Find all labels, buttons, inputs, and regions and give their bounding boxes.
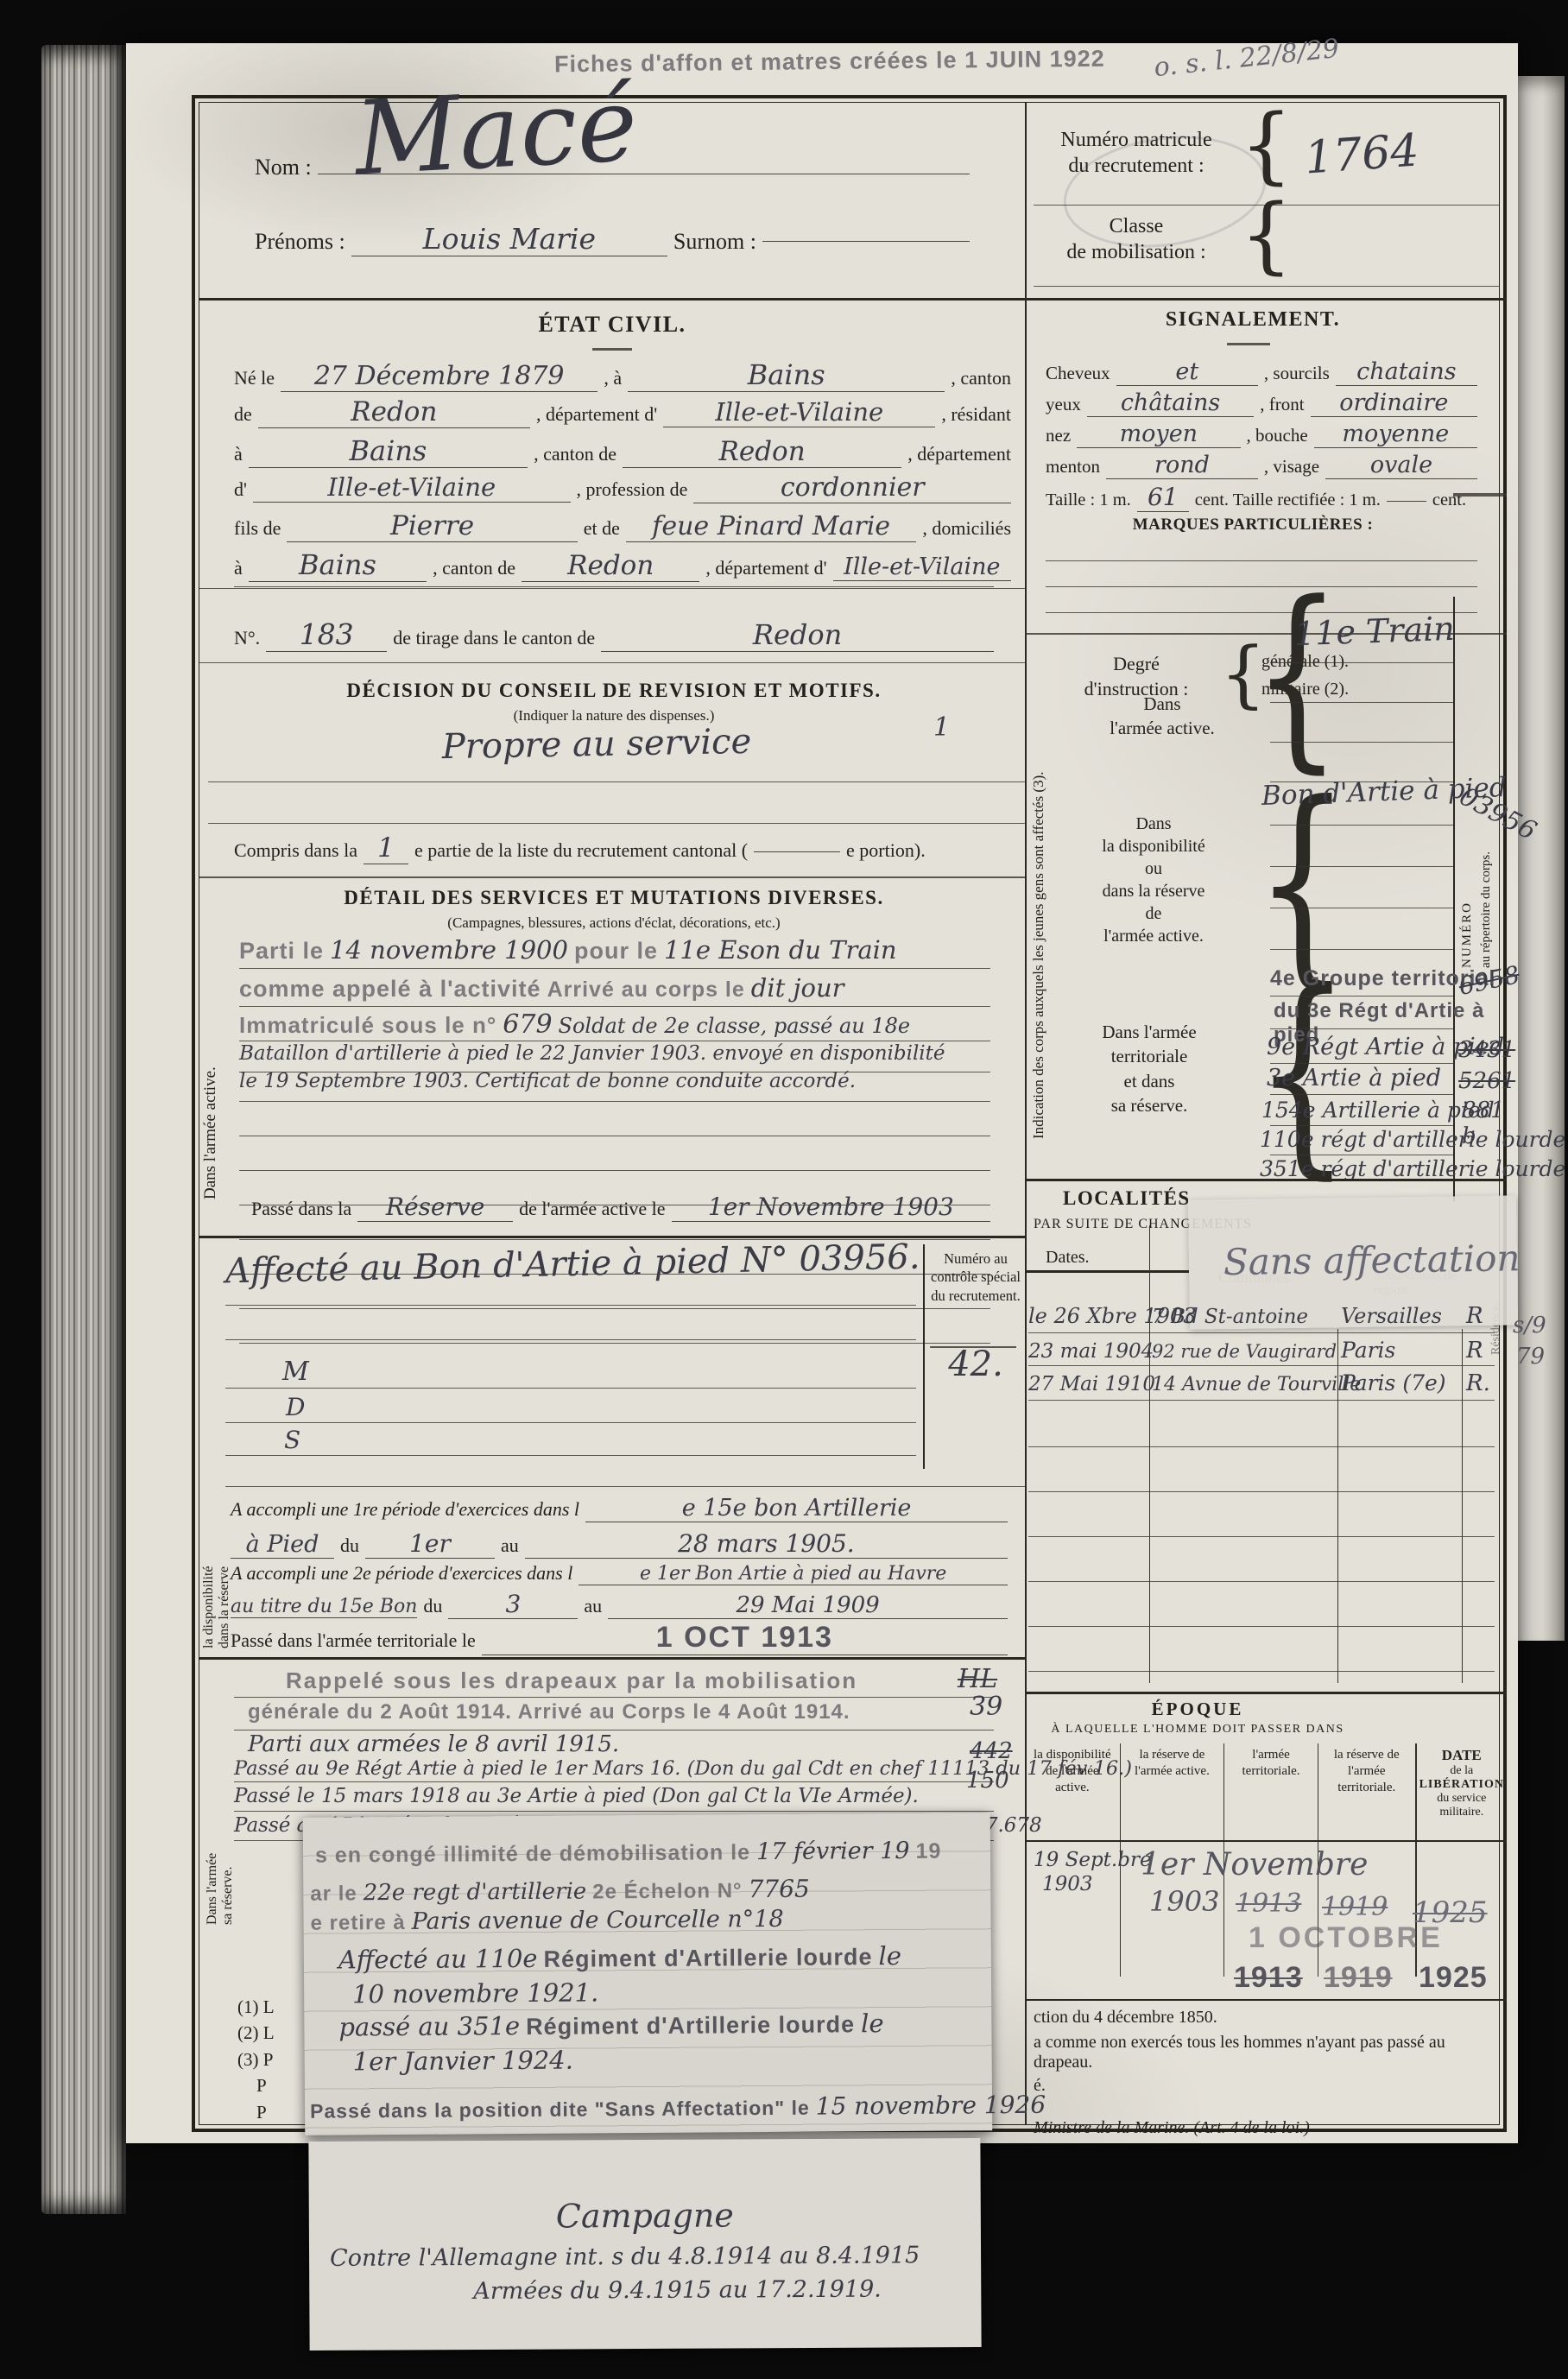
periode2-row: A accompli une 2e période d'exercices da… [231, 1562, 1008, 1585]
periode2-label: A accompli une 2e période d'exercices da… [231, 1562, 572, 1585]
book-page-edges [41, 45, 126, 2214]
dispo-label-4: dans la réserve [1072, 880, 1236, 902]
epoque-subtitle: À LAQUELLE L'HOMME DOIT PASSER DANS [1025, 1723, 1370, 1737]
localite-2-res: R [1466, 1338, 1483, 1363]
terr-label-1: Dans l'armée [1063, 1020, 1236, 1044]
sans-affectation-text: Sans affectation [1223, 1237, 1518, 1283]
territoriale-label: Passé dans l'armée territoriale le [231, 1629, 476, 1652]
reserve-date-value: 1er Novembre 1903 [672, 1193, 990, 1222]
periode2-dates-row: au titre du 15e Bon du 3 au 29 Mai 1909 [231, 1590, 1008, 1619]
nez-value: moyen [1077, 421, 1240, 448]
ink-annotation-top-right: o. s. l. 22/8/29 [1153, 34, 1341, 83]
epoque-v1-line1: 19 Sept.bre [1034, 1849, 1152, 1873]
campagne-line-1: Contre l'Allemagne int. s du 4.8.1914 au… [330, 2242, 981, 2272]
sans-affectation-date-value: 15 novembre 1926 [816, 2091, 1046, 2121]
prenoms-value: Louis Marie [351, 222, 667, 256]
residence-commune-value: Bains [249, 434, 528, 468]
par-le-label: ar le [310, 1882, 357, 1906]
departement3-label: , département d' [705, 557, 826, 579]
corps-terr-row2-num: 3431 [1458, 1037, 1515, 1063]
reserve-value: Réserve [357, 1193, 513, 1222]
periode2-titre-value: au titre du 15e Bon [231, 1596, 417, 1618]
departement-label: , département d' [536, 403, 657, 426]
epoque-v2-month: 1er Novembre [1141, 1847, 1368, 1882]
m-abbrev: M [282, 1357, 309, 1387]
footnote-2: (2) L [237, 2020, 275, 2046]
epoque-v4-stamp-crossed: 1919 [1324, 1961, 1393, 1995]
father-name-value: Pierre [287, 510, 577, 542]
periode2-du-label: du [423, 1595, 442, 1617]
legal-footer-l4: Ministre de la Marine. (Art. 4 de la loi… [1034, 2118, 1500, 2138]
visage-label: , visage [1264, 456, 1319, 478]
generale-stamp: générale du 2 Août 1914. Arrivé au Corps… [248, 1700, 850, 1724]
margin-label-disponibilite: la disponibilité [201, 1251, 217, 1648]
marques-title: MARQUES PARTICULIÈRES : [1054, 516, 1451, 535]
campagne-line-2: Armées du 9.4.1915 au 17.2.1919. [473, 2275, 981, 2305]
tirage-canton-value: Redon [601, 618, 994, 652]
taille-rectifiee-label: cent. Taille rectifiée : 1 m. [1195, 490, 1381, 510]
page-stack-right-edge [1516, 76, 1565, 1641]
a2-label: à [234, 443, 243, 465]
epoque-col4-label: la réserve de l'armée territoriale. [1321, 1747, 1413, 1795]
matricule-value: 1764 [1303, 124, 1420, 184]
demob-date-value: 17 février 19 [756, 1838, 910, 1865]
decision-title: DÉCISION DU CONSEIL DE REVISION ET MOTIF… [234, 680, 994, 702]
tirage-row: N°. 183 de tirage dans le canton de Redo… [234, 617, 994, 652]
birth-commune-value: Bains [628, 358, 945, 392]
localite-3-commune: 14 Avnue de Tourville [1152, 1374, 1335, 1395]
profession-label: , profession de [577, 478, 688, 501]
taille-value: 61 [1137, 483, 1189, 512]
domicilies-label: , domiciliés [922, 517, 1011, 540]
localites-vline-1 [1149, 1225, 1150, 1683]
conge-illimite-stamp: s en congé illimité de démobilisation le [315, 1840, 750, 1869]
birth-date-value: 27 Décembre 1879 [281, 361, 597, 392]
margin-label-armee-active: Dans l'armée active. [201, 837, 220, 1199]
arrive-corps-stamp: Arrivé au corps le [547, 978, 745, 1003]
localites-col-dates: Dates. [1046, 1248, 1090, 1268]
epoque-date-label-1: DATE [1419, 1747, 1504, 1764]
localite-3-res: R. [1466, 1370, 1490, 1396]
signalement-title: SIGNALEMENT. [1054, 308, 1451, 332]
epoque-bottom-rule [1025, 1999, 1507, 2001]
compris-pre-label: Compris dans la [234, 839, 357, 862]
epoque-v1: 19 Sept.bre 1903 [1034, 1849, 1152, 1896]
surnom-line [762, 222, 970, 242]
legal-footer: ction du 4 décembre 1850. a comme non ex… [1034, 2008, 1500, 2138]
sourcils-label: , sourcils [1264, 363, 1330, 384]
margin-label-territoriale: Dans l'armée [205, 1666, 220, 1925]
periode1-du-label: du [340, 1534, 359, 1557]
echelon-number-value: 7765 [748, 1875, 809, 1903]
localite-2-date: 23 mai 1904 [1028, 1340, 1146, 1363]
depart-date-value: 14 novembre 1900 [330, 935, 568, 965]
footnote-3: (3) P [237, 2047, 275, 2072]
sans-affectation-position-stamp: Passé dans la position dite "Sans Affect… [310, 2097, 810, 2123]
parti-le-stamp: Parti le [239, 938, 324, 965]
nez-label: nez [1046, 425, 1071, 446]
armee-active-le-label: de l'armée active le [519, 1198, 665, 1220]
demob-date-year-print: 19 [915, 1839, 941, 1864]
periode1-row: A accompli une 1re période d'exercices d… [231, 1495, 1008, 1522]
menton-value: rond [1106, 452, 1258, 479]
localites-row-1: le 26 Xbre 1903 7 Bd St-antoine Versaill… [1028, 1303, 1503, 1329]
epoque-v2-year: 1903 [1149, 1885, 1219, 1918]
epoque-date-label-2: de la [1419, 1764, 1504, 1778]
bouche-label: , bouche [1247, 425, 1308, 446]
le-hw-1: le [878, 1941, 901, 1971]
fils-de-label: fils de [234, 517, 281, 540]
se-retire-label: e retire à [310, 1911, 405, 1936]
birth-departement-value: Ille-et-Vilaine [663, 397, 935, 427]
periode2-from-value: 3 [448, 1590, 578, 1619]
residence-departement-value: Ille-et-Vilaine [253, 472, 571, 503]
yeux-value: châtains [1087, 389, 1254, 417]
matricule-corps-value: 679 [503, 1009, 552, 1040]
echelon-label: 2e Échelon N° [592, 1879, 743, 1904]
epoque-separator [1025, 1692, 1507, 1694]
numero-tirage-label: N°. [234, 627, 260, 649]
surnom-label: Surnom : [673, 229, 756, 255]
demobilisation-slip: s en congé illimité de démobilisation le… [303, 1813, 993, 2135]
corps-terr-row5: 110e régt d'artillerie lourde [1260, 1127, 1565, 1152]
localite-1-res: R [1466, 1303, 1483, 1329]
canton-label: , canton [951, 367, 1011, 389]
visage-value: ovale [1325, 452, 1477, 479]
localites-separator [1025, 1179, 1507, 1181]
margin-number-442-crossed: 442 [970, 1738, 1013, 1764]
surname-script: Macé [352, 65, 641, 199]
residant-label: , résidant [941, 403, 1011, 426]
services-title: DÉTAIL DES SERVICES ET MUTATIONS DIVERSE… [234, 887, 994, 909]
ne-le-label: Né le [234, 367, 275, 389]
a-label: , à [604, 367, 622, 389]
regiment-lourde-stamp-2: Régiment d'Artillerie lourde [526, 2011, 855, 2040]
localites-row-3: 27 Mai 1910 14 Avnue de Tourville Paris … [1028, 1370, 1503, 1396]
decision-margin-note: 1 [933, 712, 950, 743]
header-separator [199, 298, 1507, 301]
terr-label-3: et dans [1063, 1069, 1236, 1093]
epoque-date-label-4: du service [1419, 1792, 1504, 1806]
profession-value: cordonnier [693, 472, 1011, 503]
matricule-label-line1: Numéro matricule [1037, 127, 1236, 153]
epoque-col3-label: l'armée territoriale. [1227, 1747, 1315, 1780]
footnote-4: P [237, 2072, 275, 2098]
passe-dans-la-label: Passé dans la [251, 1198, 351, 1220]
dit-jour-value: dit jour [751, 973, 844, 1003]
epoque-date-label-3: LIBÉRATION [1419, 1778, 1504, 1792]
dispo-label-2: la disponibilité [1072, 835, 1236, 857]
legal-footer-l1: ction du 4 décembre 1850. [1034, 2008, 1500, 2028]
cheveux-row: Cheveux et , sourcils chatains [1046, 358, 1477, 386]
periode2-au-label: au [584, 1595, 602, 1617]
periode1-corps2-value: à Pied [231, 1531, 334, 1559]
creation-date-stamp: Fiches d'affon et matres créées le 1 JUI… [554, 46, 1105, 79]
margin-number-39: 39 [970, 1692, 1002, 1722]
compris-row: Compris dans la 1 e partie de la liste d… [234, 832, 994, 864]
etat-civil-row-6: à Bains , canton de Redon , département … [234, 548, 1011, 582]
campagne-title: Campagne [309, 2195, 981, 2237]
epoque-v5-stamp: 1925 [1419, 1961, 1488, 1995]
classe-brace: { [1240, 198, 1293, 272]
services-line-5: le 19 Septembre 1903. Certificat de bonn… [239, 1070, 999, 1092]
territoriale-corps-label: Dans l'armée territoriale et dans sa rés… [1063, 1020, 1236, 1117]
armee-active-label: Dans l'armée active. [1097, 692, 1227, 741]
yeux-label: yeux [1046, 394, 1081, 415]
epoque-v4-hw-crossed: 1919 [1322, 1892, 1388, 1922]
compris-suf-label: e portion). [846, 839, 926, 862]
terr-label-2: territoriale [1063, 1044, 1236, 1068]
controle-special-label: Numéro au contrôle spécial du recrutemen… [925, 1244, 1027, 1310]
immatricule-stamp: Immatriculé sous le n° [239, 1012, 496, 1039]
section-separator-mobilisation [199, 1657, 1025, 1660]
hl-initials: HL [958, 1664, 997, 1694]
mobilisation-h2: générale du 2 Août 1914. Arrivé au Corps… [248, 1700, 850, 1724]
nez-row: nez moyen , bouche moyenne [1046, 421, 1477, 448]
classe-label-line2: de mobilisation : [1037, 239, 1236, 265]
disponibilite-label: Dans la disponibilité ou dans la réserve… [1072, 813, 1236, 947]
etat-civil-row-4: d' Ille-et-Vilaine , profession de cordo… [234, 472, 1011, 503]
birth-canton-value: Redon [258, 396, 530, 428]
legal-footer-l3: é. [1034, 2076, 1500, 2096]
epoque-date-label-5: militaire. [1419, 1806, 1504, 1819]
mother-name-value: feue Pinard Marie [626, 511, 916, 542]
menton-row: menton rond , visage ovale [1046, 452, 1477, 479]
localites-header-rule [1025, 1270, 1189, 1273]
periode2-to-value: 29 Mai 1909 [608, 1592, 1008, 1619]
corps-terr-row3-num: 5261 [1458, 1068, 1515, 1094]
domicile-canton-value: Redon [522, 550, 699, 582]
periode1-au-label: au [501, 1534, 519, 1557]
services-line-2: comme appelé à l'activité Arrivé au corp… [239, 973, 999, 1003]
cheveux-label: Cheveux [1046, 363, 1110, 384]
armee-active-label-1: Dans [1097, 692, 1227, 716]
corps-depart-value: 11e Eson du Train [664, 935, 897, 965]
demob-regiment-value: 22e regt d'artillerie [364, 1878, 587, 1906]
footnote-1: (1) L [237, 1994, 275, 2020]
de-label: de [234, 403, 252, 426]
margin-label-territoriale-2: sa réserve. [220, 1666, 236, 1925]
epoque-title: ÉPOQUE [1025, 1699, 1370, 1720]
epoque-v3-stamp-crossed: 1913 [1234, 1961, 1303, 1995]
tirage-mid-label: de tirage dans le canton de [393, 627, 595, 649]
etat-civil-row-2: de Redon , département d' Ille-et-Vilain… [234, 396, 1011, 428]
passe-351-hw: passé au 351e [338, 2011, 520, 2041]
passe-reserve-row: Passé dans la Réserve de l'armée active … [251, 1193, 990, 1222]
periode1-from-value: 1er [365, 1529, 495, 1559]
epoque-col2-label: la réserve de l'armée active. [1123, 1747, 1221, 1780]
classe-label: Classe de mobilisation : [1037, 213, 1236, 265]
bouche-value: moyenne [1314, 421, 1477, 448]
corps-terr-row4: 154e Artillerie à pied [1261, 1098, 1495, 1123]
pour-le-stamp: pour le [574, 938, 658, 965]
departement2-label: , département [907, 443, 1011, 465]
decision-subtitle: (Indiquer la nature des dispenses.) [234, 707, 994, 724]
territoriale-row: Passé dans l'armée territoriale le 1 OCT… [231, 1621, 1008, 1655]
etat-civil-row-1: Né le 27 Décembre 1879 , à Bains , canto… [234, 358, 1011, 392]
dispo-label-5: de [1072, 902, 1236, 925]
services-line-3: Immatriculé sous le n° 679 Soldat de 2e … [239, 1009, 999, 1040]
controle-special-value: 42. [925, 1345, 1027, 1384]
legal-footer-l2: a comme non exercés tous les hommes n'ay… [1034, 2033, 1500, 2072]
armee-active-value: 11e Train [1293, 610, 1455, 653]
terr-label-4: sa réserve. [1063, 1093, 1236, 1117]
epoque-header-rule [1025, 1840, 1507, 1842]
compris-mid-label: e partie de la liste du recrutement cant… [414, 839, 748, 862]
periode1-dates-row: à Pied du 1er au 28 mars 1905. [231, 1529, 1008, 1559]
et-de-label: et de [584, 517, 620, 540]
canton-de2-label: , canton de [433, 557, 515, 579]
margin-label-reserve-active: dans la réserve [217, 1251, 232, 1648]
localite-2-subdiv: Paris [1341, 1338, 1460, 1363]
corps-vertical-label: Indication des corps auxquels les jeunes… [1030, 655, 1047, 1139]
instruction-label-line1: Degré [1054, 652, 1218, 677]
s-abbrev: S [284, 1426, 300, 1454]
epoque-v1-line2: 1903 [1034, 1873, 1152, 1897]
localite-3-date: 27 Mai 1910 [1028, 1373, 1146, 1395]
appele-stamp: comme appelé à l'activité [239, 976, 541, 1003]
localite-3-subdiv: Paris (7e) [1341, 1370, 1460, 1395]
etat-civil-row-5: fils de Pierre et de feue Pinard Marie ,… [234, 510, 1011, 542]
periode1-to-value: 28 mars 1905. [525, 1529, 1008, 1559]
oct-1913-stamp: 1 OCT 1913 [656, 1621, 833, 1654]
campagne-slip: Campagne Contre l'Allemagne int. s du 4.… [308, 2138, 981, 2351]
canton-de-label: , canton de [534, 443, 616, 465]
scanned-military-register-photo: { "colors": {"photo_bg":"#0a0a0a","paper… [0, 0, 1568, 2379]
date-1-janvier-1924: 1er Janvier 1924. [353, 2046, 573, 2077]
compris-partie-value: 1 [364, 832, 408, 864]
taille-row: Taille : 1 m. 61 cent. Taille rectifiée … [1046, 483, 1477, 512]
date-10-nov-1921: 10 novembre 1921. [352, 1977, 598, 2009]
taille-label: Taille : 1 m. [1046, 490, 1131, 510]
edge-note-1: s/9 [1513, 1313, 1546, 1338]
domicile-departement-value: Ille-et-Vilaine [833, 554, 1011, 581]
a3-label: à [234, 557, 243, 579]
octobre-stamp: 1 OCTOBRE [1249, 1921, 1443, 1955]
domicile-commune-value: Bains [249, 548, 427, 582]
residence-canton-value: Redon [623, 436, 901, 468]
corps-terr-row3: 3e Artie à pied [1267, 1065, 1441, 1091]
le-hw-2: le [861, 2009, 884, 2038]
epoque-col1-label: la disponibilité de l'armée active. [1027, 1747, 1117, 1795]
services-line-1: Parti le 14 novembre 1900 pour le 11e Es… [239, 935, 999, 965]
decision-value: Propre au service [355, 720, 839, 769]
prenoms-label: Prénoms : [255, 229, 345, 255]
localite-1-subdiv: Versailles [1341, 1304, 1460, 1328]
grade-value: Soldat de 2e classe, passé au 18e [559, 1014, 911, 1038]
services-line-4: Bataillon d'artillerie à pied le 22 Janv… [239, 1042, 999, 1065]
localite-1-commune: 7 Bd St-antoine [1152, 1306, 1335, 1328]
regiment-lourde-stamp-1: Régiment d'Artillerie lourde [543, 1944, 872, 1973]
d-label: d' [234, 478, 247, 501]
services-subtitle: (Campagnes, blessures, actions d'éclat, … [234, 914, 994, 932]
epoque-v3-hw-crossed: 1913 [1236, 1889, 1301, 1919]
front-label: , front [1260, 394, 1304, 415]
periode2-corps-value: e 1er Bon Artie à pied au Havre [579, 1563, 1008, 1585]
dispo-label-6: l'armée active. [1072, 925, 1236, 947]
affectation-line: Affecté au Bon d'Artie à pied N° 03956. [225, 1237, 920, 1292]
classe-label-line1: Classe [1037, 213, 1236, 239]
periode1-corps-value: e 15e bon Artillerie [585, 1495, 1008, 1522]
etat-civil-row-3: à Bains , canton de Redon , département [234, 434, 1011, 468]
matricule-label: Numéro matricule du recrutement : [1037, 127, 1236, 179]
margin-number-150: 150 [966, 1768, 1009, 1794]
dispo-label-1: Dans [1072, 813, 1236, 835]
dispo-label-3: ou [1072, 857, 1236, 880]
sourcils-value: chatains [1336, 358, 1477, 386]
rappele-stamp: Rappelé sous les drapeaux par la mobilis… [286, 1667, 857, 1694]
mobilisation-l3: Passé le 15 mars 1918 au 3e Artie à pied… [234, 1785, 919, 1807]
matricule-brace: { [1240, 108, 1293, 182]
footnote-fragments: (1) L (2) L (3) P P P [237, 1994, 275, 2125]
edge-note-2: 79 [1516, 1344, 1545, 1370]
affecte-110-hw: Affecté au 110e [338, 1944, 538, 1975]
corps-terr-row6: 351e régt d'artillerie lourde [1260, 1156, 1565, 1181]
periode1-label: A accompli une 1re période d'exercices d… [231, 1498, 579, 1521]
footnote-5: P [237, 2099, 275, 2125]
prenoms-row: Prénoms : Louis Marie Surnom : [255, 222, 970, 256]
etat-civil-title: ÉTAT CIVIL. [255, 312, 970, 338]
localites-title: LOCALITÉS [1063, 1187, 1191, 1210]
mobilisation-l1: Parti aux armées le 8 avril 1915. [248, 1731, 619, 1757]
localite-2-commune: 92 rue de Vaugirard [1152, 1341, 1335, 1362]
localite-1-date: le 26 Xbre 1903 [1028, 1304, 1146, 1328]
tirage-number-value: 183 [266, 617, 387, 652]
nom-label: Nom : [255, 155, 312, 180]
front-value: ordinaire [1311, 389, 1477, 417]
d-abbrev: D [286, 1393, 305, 1421]
controle-special-box: Numéro au contrôle spécial du recrutemen… [923, 1244, 1027, 1469]
menton-label: menton [1046, 456, 1100, 478]
armee-active-label-2: l'armée active. [1097, 716, 1227, 740]
yeux-row: yeux châtains , front ordinaire [1046, 389, 1477, 417]
matricule-label-line2: du recrutement : [1037, 153, 1236, 179]
cheveux-value: et [1116, 358, 1258, 386]
retirement-address-value: Paris avenue de Courcelle n°18 [412, 1906, 784, 1935]
localites-row-2: 23 mai 1904 92 rue de Vaugirard Paris R [1028, 1338, 1503, 1363]
